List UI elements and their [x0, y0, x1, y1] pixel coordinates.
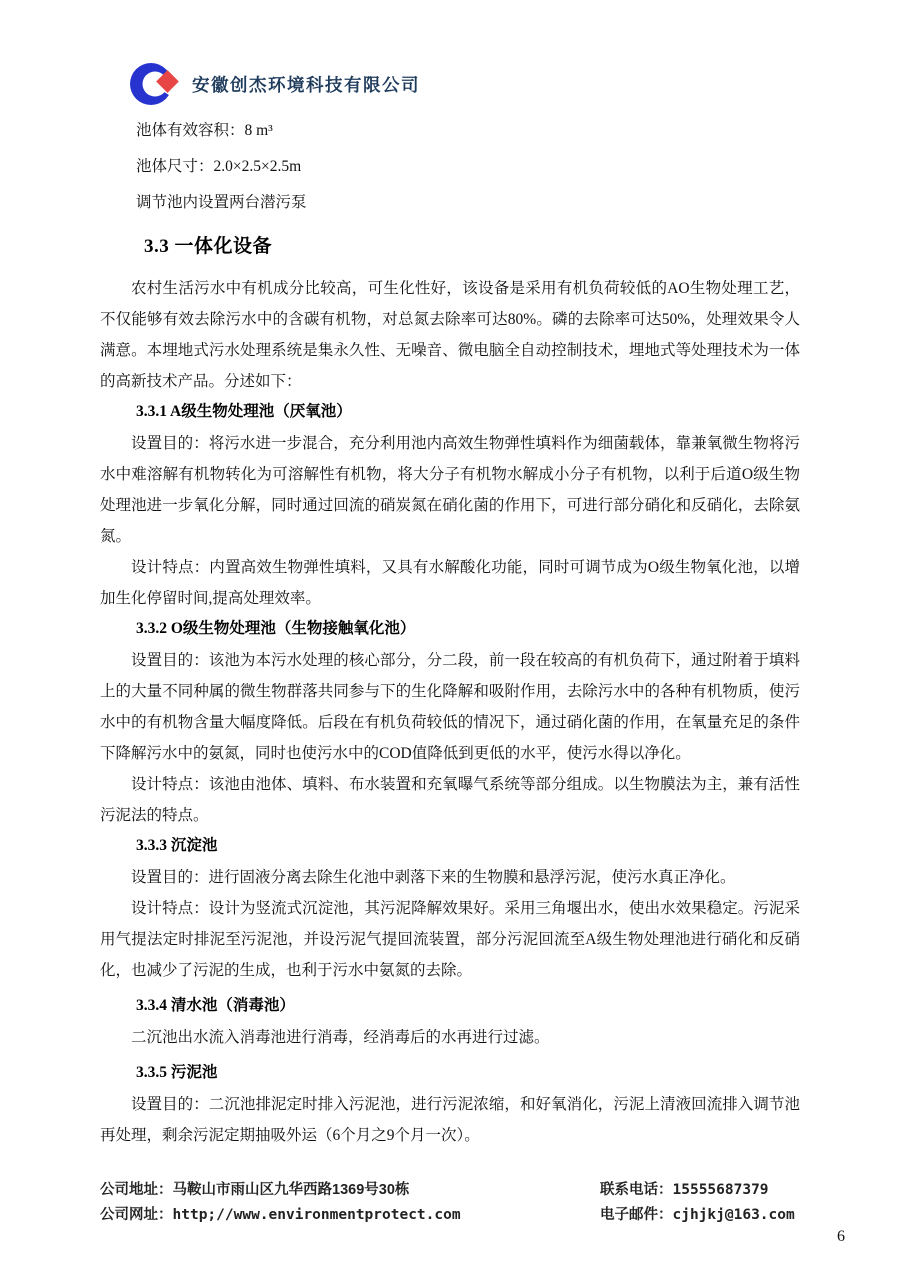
spec-line-dimensions: 池体尺寸：2.0×2.5×2.5m	[100, 156, 800, 178]
footer-address-value: 马鞍山市雨山区九华西路1369号30栋	[173, 1182, 410, 1198]
subsection-title-334: 3.3.4 清水池（消毒池）	[100, 995, 800, 1017]
subsection-333-features: 设计特点：设计为竖流式沉淀池，其污泥降解效果好。采用三角堰出水，使出水效果稳定。…	[100, 893, 800, 986]
footer-phone: 联系电话：15555687379	[598, 1178, 800, 1203]
company-header: 安徽创杰环境科技有限公司	[128, 58, 800, 110]
section-intro-paragraph: 农村生活污水中有机成分比较高，可生化性好，该设备是采用有机负荷较低的AO生物处理…	[100, 273, 800, 397]
subsection-title-331: 3.3.1 A级生物处理池（厌氧池）	[100, 401, 800, 423]
page-number: 6	[837, 1228, 845, 1246]
subsection-332-features: 设计特点：该池由池体、填料、布水装置和充氧曝气系统等部分组成。以生物膜法为主，兼…	[100, 769, 800, 831]
subsection-title-335: 3.3.5 污泥池	[100, 1062, 800, 1084]
spec-line-volume: 池体有效容积：8 m³	[100, 120, 800, 142]
footer-website-value: http;//www.environmentprotect.com	[173, 1207, 461, 1223]
subsection-title-332: 3.3.2 O级生物处理池（生物接触氧化池）	[100, 618, 800, 640]
subsection-331-features: 设计特点：内置高效生物弹性填料，又具有水解酸化功能，同时可调节成为O级生物氧化池…	[100, 552, 800, 614]
footer-email-label: 电子邮件：	[600, 1207, 673, 1223]
company-logo-icon	[128, 59, 182, 109]
footer-website-label: 公司网址：	[100, 1207, 173, 1223]
footer-row-1: 公司地址：马鞍山市雨山区九华西路1369号30栋 联系电话：1555568737…	[100, 1178, 800, 1203]
footer-email: 电子邮件：cjhjkj@163.com	[598, 1203, 800, 1228]
subsection-333-purpose: 设置目的：进行固液分离去除生化池中剥落下来的生物膜和悬浮污泥，使污水真正净化。	[100, 862, 800, 893]
footer-row-2: 公司网址：http;//www.environmentprotect.com 电…	[100, 1203, 800, 1228]
subsection-title-333: 3.3.3 沉淀池	[100, 835, 800, 857]
document-page: { "page": { "number": "6" }, "header": {…	[0, 0, 900, 1274]
footer-phone-label: 联系电话：	[600, 1182, 673, 1198]
footer-email-value: cjhjkj@163.com	[673, 1207, 795, 1223]
footer-website: 公司网址：http;//www.environmentprotect.com	[100, 1203, 598, 1228]
company-name: 安徽创杰环境科技有限公司	[192, 72, 420, 97]
footer-address-label: 公司地址：	[100, 1182, 173, 1198]
subsection-332-purpose: 设置目的：该池为本污水处理的核心部分，分二段，前一段在较高的有机负荷下，通过附着…	[100, 645, 800, 769]
footer-address: 公司地址：马鞍山市雨山区九华西路1369号30栋	[100, 1178, 598, 1203]
subsection-334-description: 二沉池出水流入消毒池进行消毒，经消毒后的水再进行过滤。	[100, 1022, 800, 1053]
document-body: 安徽创杰环境科技有限公司 池体有效容积：8 m³ 池体尺寸：2.0×2.5×2.…	[100, 58, 800, 1151]
footer-phone-value: 15555687379	[673, 1182, 769, 1198]
spec-line-pumps: 调节池内设置两台潜污泵	[100, 192, 800, 214]
subsection-335-purpose: 设置目的：二沉池排泥定时排入污泥池，进行污泥浓缩，和好氧消化，污泥上清液回流排入…	[100, 1089, 800, 1151]
section-title: 3.3 一体化设备	[100, 234, 800, 260]
page-footer: 公司地址：马鞍山市雨山区九华西路1369号30栋 联系电话：1555568737…	[100, 1178, 800, 1228]
subsection-331-purpose: 设置目的：将污水进一步混合，充分利用池内高效生物弹性填料作为细菌载体，靠兼氧微生…	[100, 428, 800, 552]
